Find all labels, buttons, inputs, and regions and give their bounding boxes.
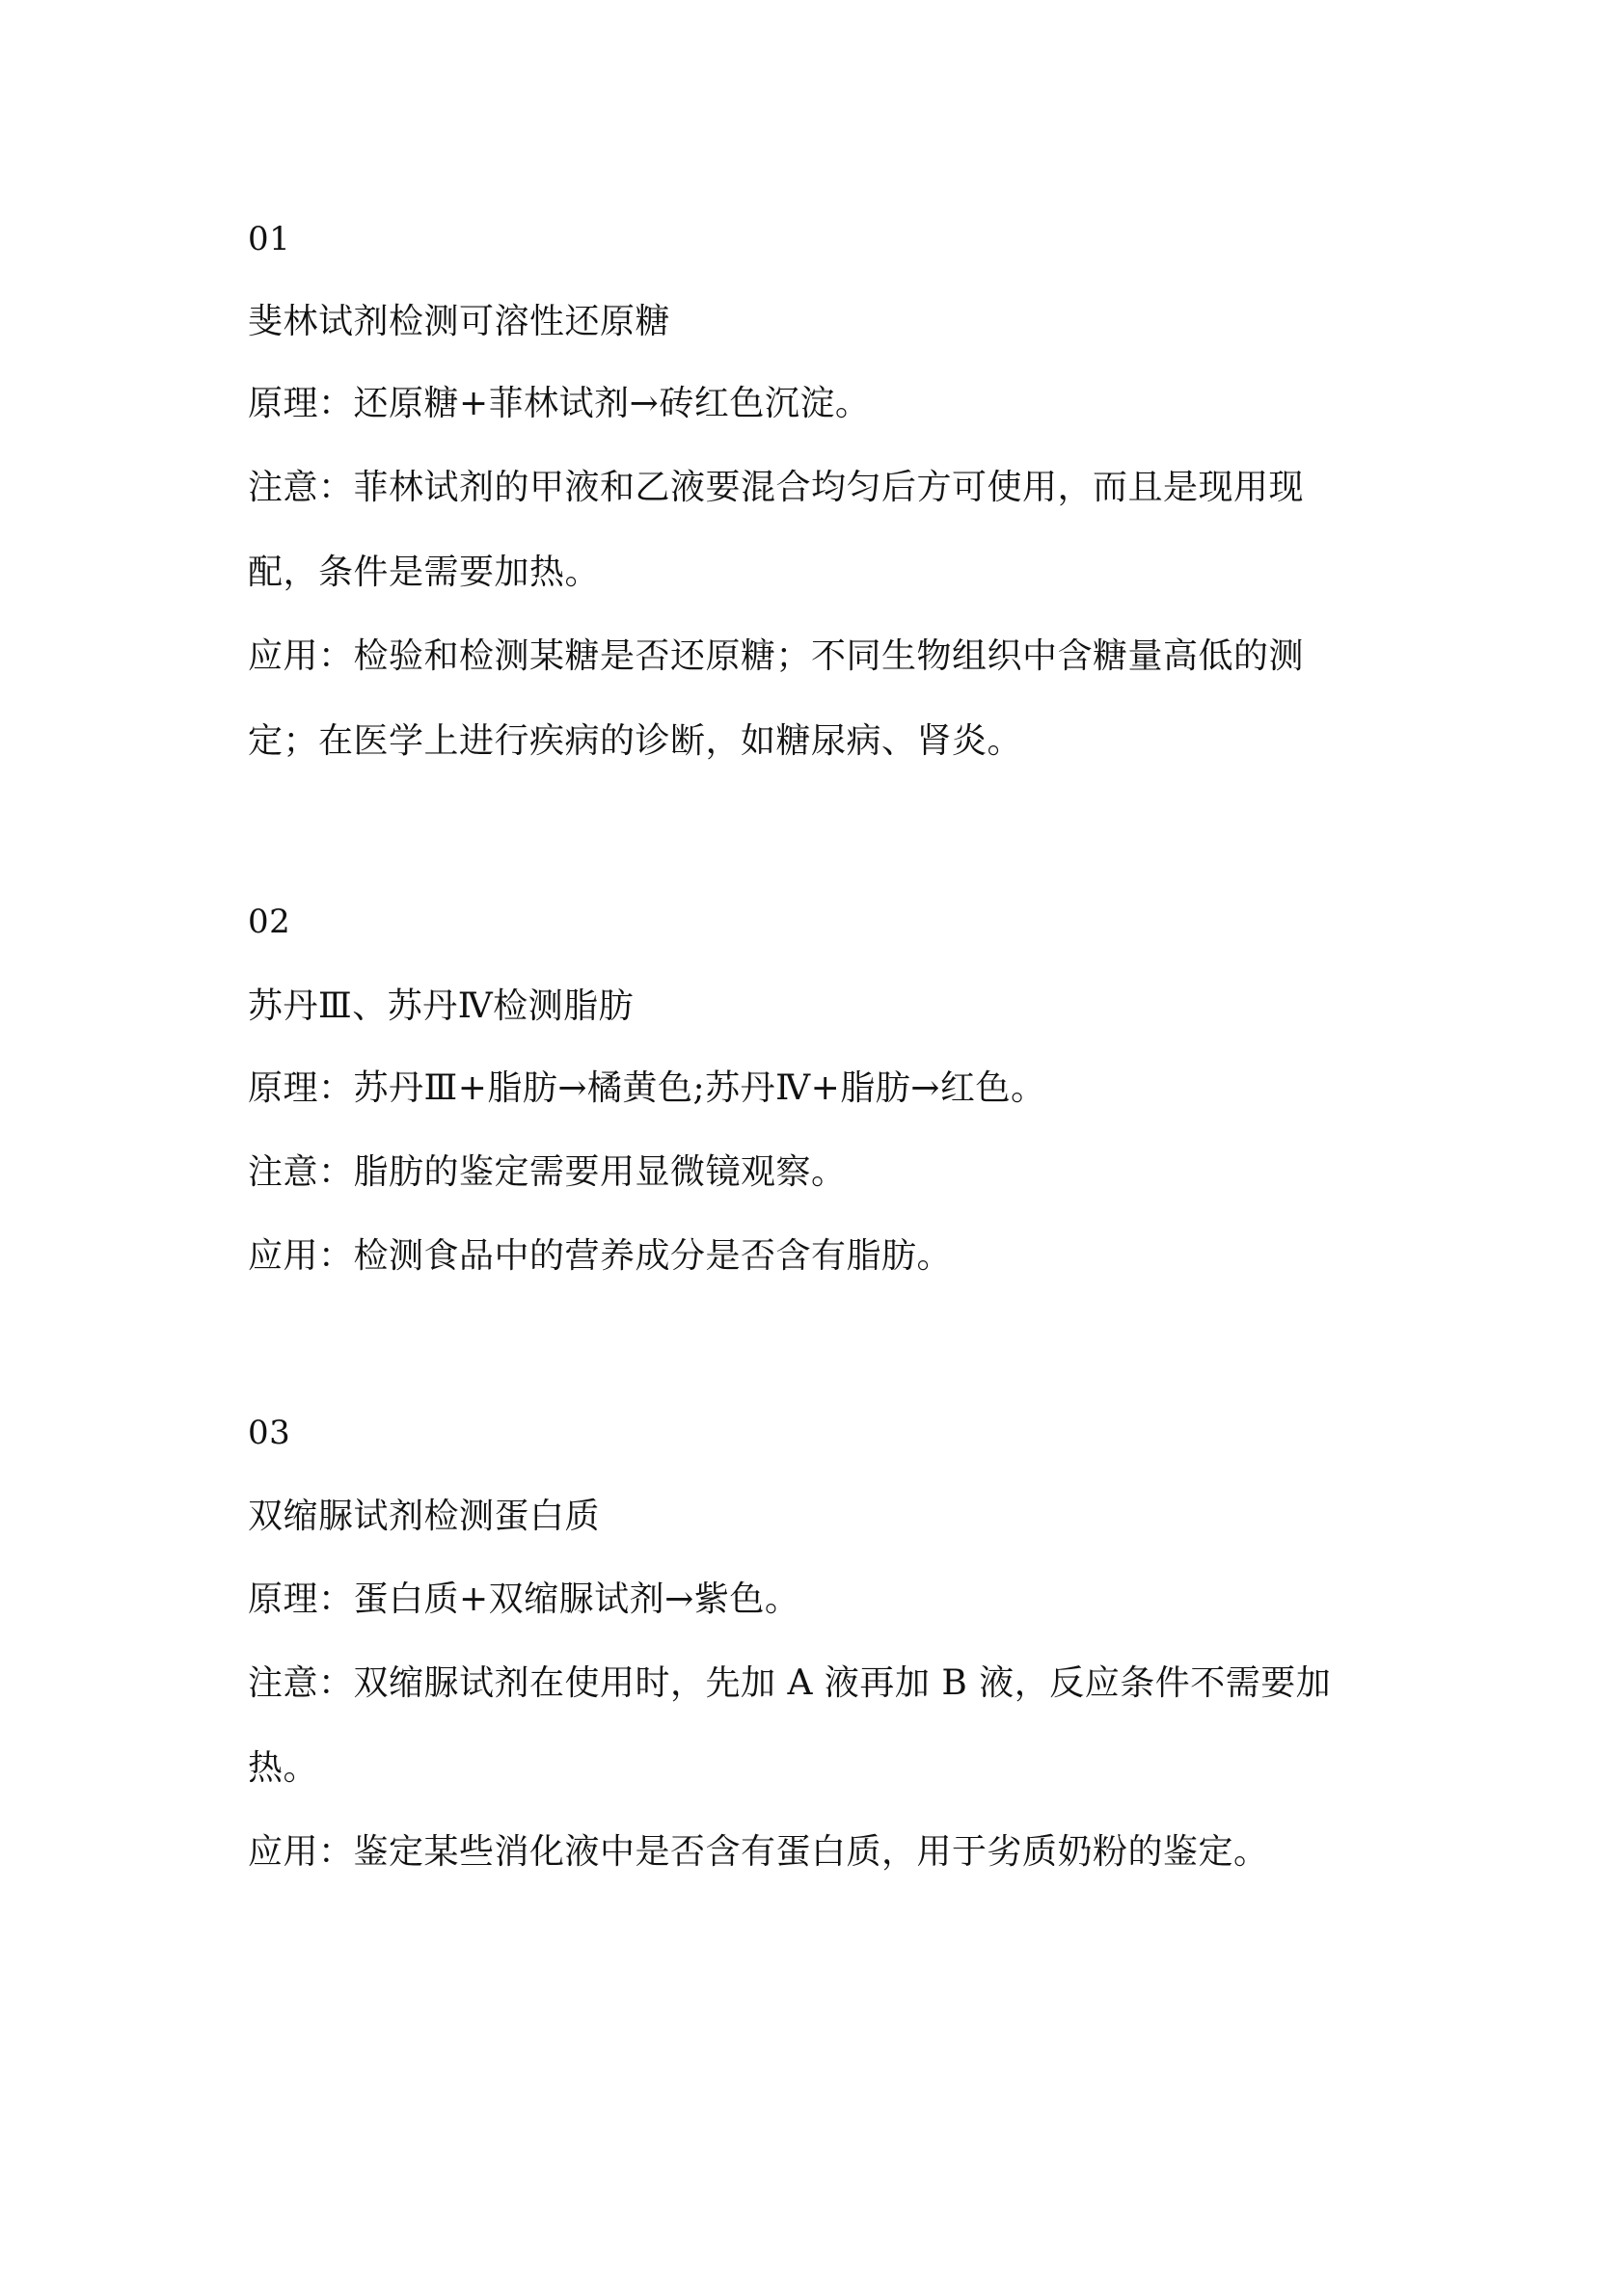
note-text-line-1: 注意：菲林试剂的甲液和乙液要混合均匀后方可使用，而且是现用现 bbox=[248, 467, 1304, 509]
section-number: 02 bbox=[248, 901, 290, 943]
note-text-line-2: 配，条件是需要加热。 bbox=[248, 552, 600, 594]
note-text-line-2: 热。 bbox=[248, 1747, 318, 1790]
application-text-line-1: 应用：检测食品中的营养成分是否含有脂肪。 bbox=[248, 1235, 952, 1278]
principle-text: 原理：还原糖+菲林试剂→砖红色沉淀。 bbox=[248, 383, 870, 425]
application-text-line-1: 应用：鉴定某些消化液中是否含有蛋白质，用于劣质奶粉的鉴定。 bbox=[248, 1831, 1269, 1874]
section-title: 斐林试剂检测可溶性还原糖 bbox=[248, 301, 670, 343]
note-text-line-1: 注意：双缩脲试剂在使用时，先加 A 液再加 B 液，反应条件不需要加 bbox=[248, 1662, 1331, 1705]
application-text-line-1: 应用：检验和检测某糖是否还原糖；不同生物组织中含糖量高低的测 bbox=[248, 635, 1304, 678]
note-text-line-1: 注意：脂肪的鉴定需要用显微镜观察。 bbox=[248, 1151, 847, 1194]
principle-text: 原理：蛋白质+双缩脲试剂→紫色。 bbox=[248, 1579, 799, 1621]
principle-text: 原理：苏丹Ⅲ+脂肪→橘黄色;苏丹Ⅳ+脂肪→红色。 bbox=[248, 1067, 1045, 1110]
document-page: 01 斐林试剂检测可溶性还原糖 原理：还原糖+菲林试剂→砖红色沉淀。 注意：菲林… bbox=[0, 0, 1624, 2295]
application-text-line-2: 定；在医学上进行疾病的诊断，如糖尿病、肾炎。 bbox=[248, 720, 1022, 763]
section-title: 苏丹Ⅲ、苏丹Ⅳ检测脂肪 bbox=[248, 985, 634, 1028]
section-title: 双缩脲试剂检测蛋白质 bbox=[248, 1496, 600, 1538]
section-number: 01 bbox=[248, 218, 290, 260]
section-number: 03 bbox=[248, 1412, 290, 1454]
